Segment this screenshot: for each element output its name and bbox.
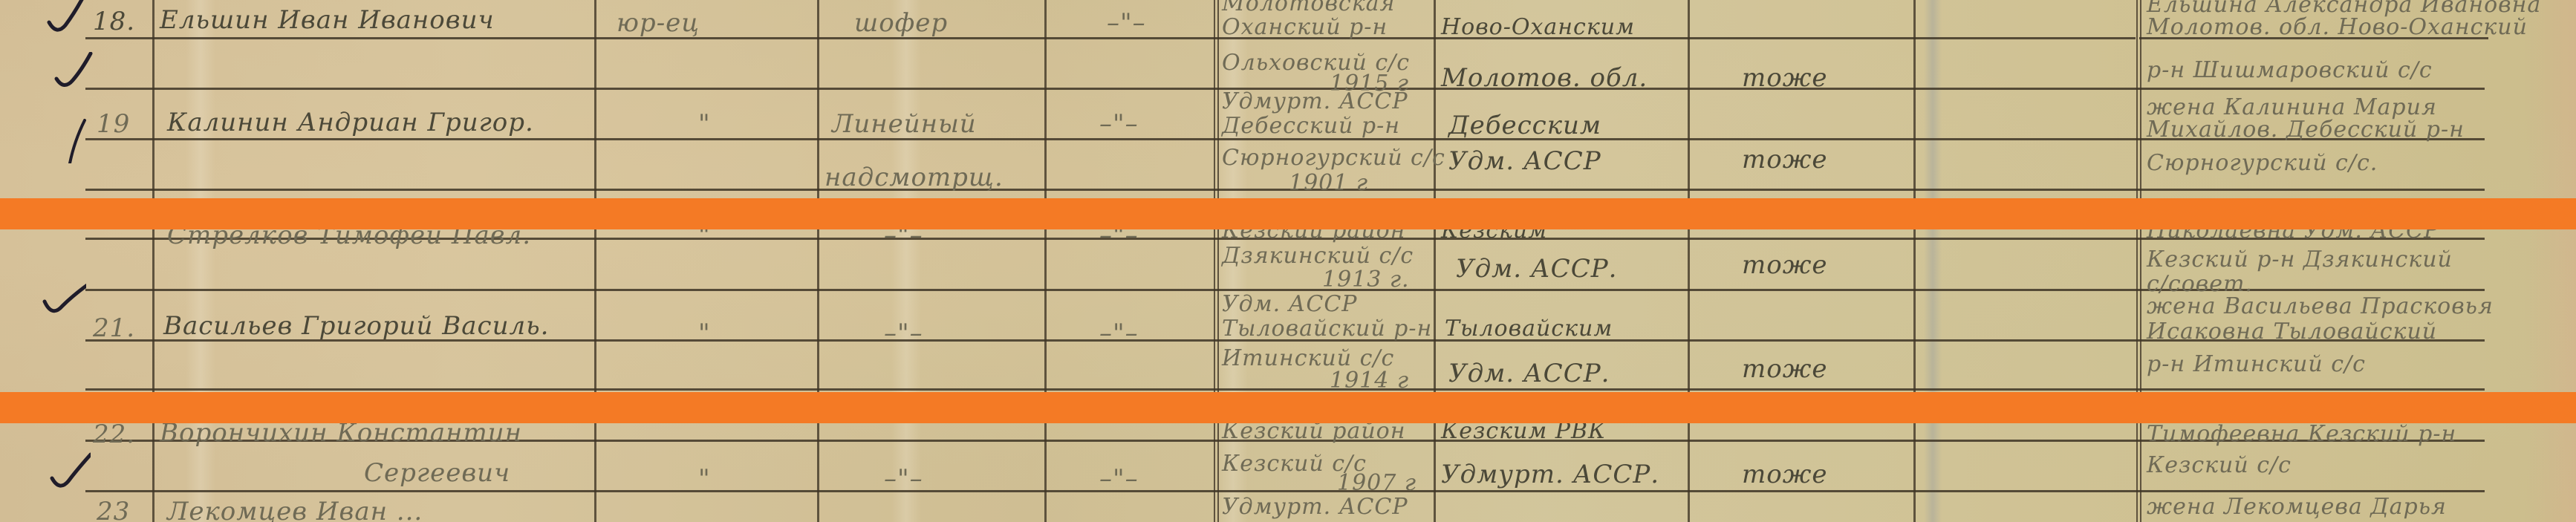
kin-address: жена Васильева Прасковья (2147, 296, 2494, 318)
kin-address: Кезский с/с (2147, 454, 2292, 477)
column-rule (1688, 0, 1690, 522)
kin-address: Кезский р-н Дзякинский (2147, 249, 2453, 271)
rank-ditto: " (698, 321, 711, 346)
draft-office-region: Удм. АССР. (1448, 361, 1610, 386)
birth-year: 1914 г (1330, 370, 1409, 392)
redaction-bar (0, 392, 2576, 423)
position: –"– (884, 321, 923, 346)
column-rule (817, 0, 819, 522)
column-rule (1044, 0, 1047, 522)
kin-address: с/совет. (2147, 273, 2253, 296)
check-mark-icon (42, 276, 86, 321)
draft-office-region: Удм. АССР. (1456, 256, 1617, 281)
row-rule (85, 189, 2485, 191)
full-name: Ельшин Иван Иванович (160, 7, 495, 33)
row-number: 23 (97, 499, 130, 522)
position: шофер (854, 10, 948, 36)
birthplace-line: Сюрногурский с/с (1222, 147, 1445, 169)
birthplace-line: Удм. АССР (1222, 293, 1357, 316)
draft-office-region: Молотов. обл. (1441, 65, 1648, 91)
full-name: Ворончихин Константин (160, 420, 522, 446)
patronymic: Сергеевич (364, 460, 510, 486)
birthplace-line: Дебесский р-н (1222, 115, 1400, 137)
full-name: Васильев Григорий Василь. (163, 313, 549, 339)
same-as-above: тоже (1742, 252, 1827, 278)
kin-address: Михайлов. Дебесский р-н (2147, 119, 2465, 141)
birthplace-line: Итинский с/с (1222, 348, 1394, 370)
column-rule (152, 0, 155, 522)
kin-address: р-н Итинский с/с (2147, 353, 2366, 376)
column-rule (2136, 0, 2141, 522)
column-rule (1214, 0, 1219, 522)
check-mark-icon (51, 52, 95, 97)
page-edge (2524, 0, 2576, 522)
rank-ditto: " (698, 111, 711, 137)
same-as-above: тоже (1742, 65, 1827, 91)
rank-ditto: " (698, 466, 711, 492)
draft-office: Тыловайским (1445, 318, 1613, 340)
same-as-above: тоже (1742, 462, 1827, 487)
full-name: Калинин Андриан Григор. (167, 110, 534, 135)
rank: юр-ец (617, 10, 700, 36)
col5-value: –"– (1107, 10, 1146, 36)
position: Линейный (832, 111, 977, 137)
row-number: 19 (97, 111, 130, 137)
kin-address: р-н Шишмаровский с/с (2147, 59, 2433, 82)
position: –"– (884, 466, 923, 492)
same-as-above: тоже (1742, 147, 1827, 172)
same-as-above: тоже (1742, 356, 1827, 382)
column-rule (1434, 0, 1436, 522)
draft-office: Ново-Оханским (1441, 16, 1635, 39)
kin-address: Тимофеевна Кезский р-н (2147, 423, 2456, 446)
birthplace-line: Оханский р-н (1222, 16, 1388, 39)
position: надсмотрщ. (824, 165, 1004, 190)
check-mark-icon (43, 0, 88, 37)
check-mark-icon (46, 451, 91, 496)
birthplace-line: Удмурт. АССР (1222, 91, 1408, 113)
draft-office: Дебесским (1448, 113, 1601, 138)
col5-value: –"– (1099, 321, 1139, 346)
full-name: Лекомцев Иван ... (167, 499, 423, 522)
draft-office-region: Удмурт. АССР. (1441, 462, 1659, 487)
row-rule (85, 388, 2485, 391)
draft-office-region: Удм. АССР (1448, 149, 1601, 174)
kin-address: Сюрногурский с/с. (2147, 152, 2378, 174)
kin-address: Исаковна Тыловайский (2147, 321, 2437, 343)
birth-year: 1901 г (1289, 172, 1368, 195)
birthplace-line: Дзякинский с/с (1222, 245, 1414, 267)
birthplace-line: Удмурт. АССР (1222, 496, 1408, 518)
row-rule (85, 490, 2485, 492)
birth-year: 1907 г (1337, 472, 1417, 495)
kin-address: Молотов. обл. Ново-Оханский (2147, 16, 2528, 39)
redaction-bar (0, 198, 2576, 229)
kin-address: жена Калинина Мария (2147, 97, 2437, 119)
row-number: 22. (93, 422, 135, 447)
kin-address: жена Лекомцева Дарья (2147, 496, 2447, 518)
row-number: 18. (93, 9, 135, 34)
paper-crease (1924, 0, 1942, 522)
paper-fold (891, 0, 921, 522)
col5-value: –"– (1099, 466, 1139, 492)
column-rule (1913, 0, 1916, 522)
check-mark-icon (45, 119, 89, 163)
birthplace-line: Кезский район (1222, 420, 1405, 443)
birth-year: 1913 г. (1322, 269, 1410, 291)
birthplace-line: Тыловайский р-н (1222, 318, 1432, 340)
draft-office: Кезским РВК (1441, 420, 1606, 443)
column-rule (594, 0, 596, 522)
birthplace-line: Молотовская (1222, 0, 1395, 15)
col5-value: –"– (1099, 111, 1139, 137)
row-number: 21. (93, 316, 135, 341)
